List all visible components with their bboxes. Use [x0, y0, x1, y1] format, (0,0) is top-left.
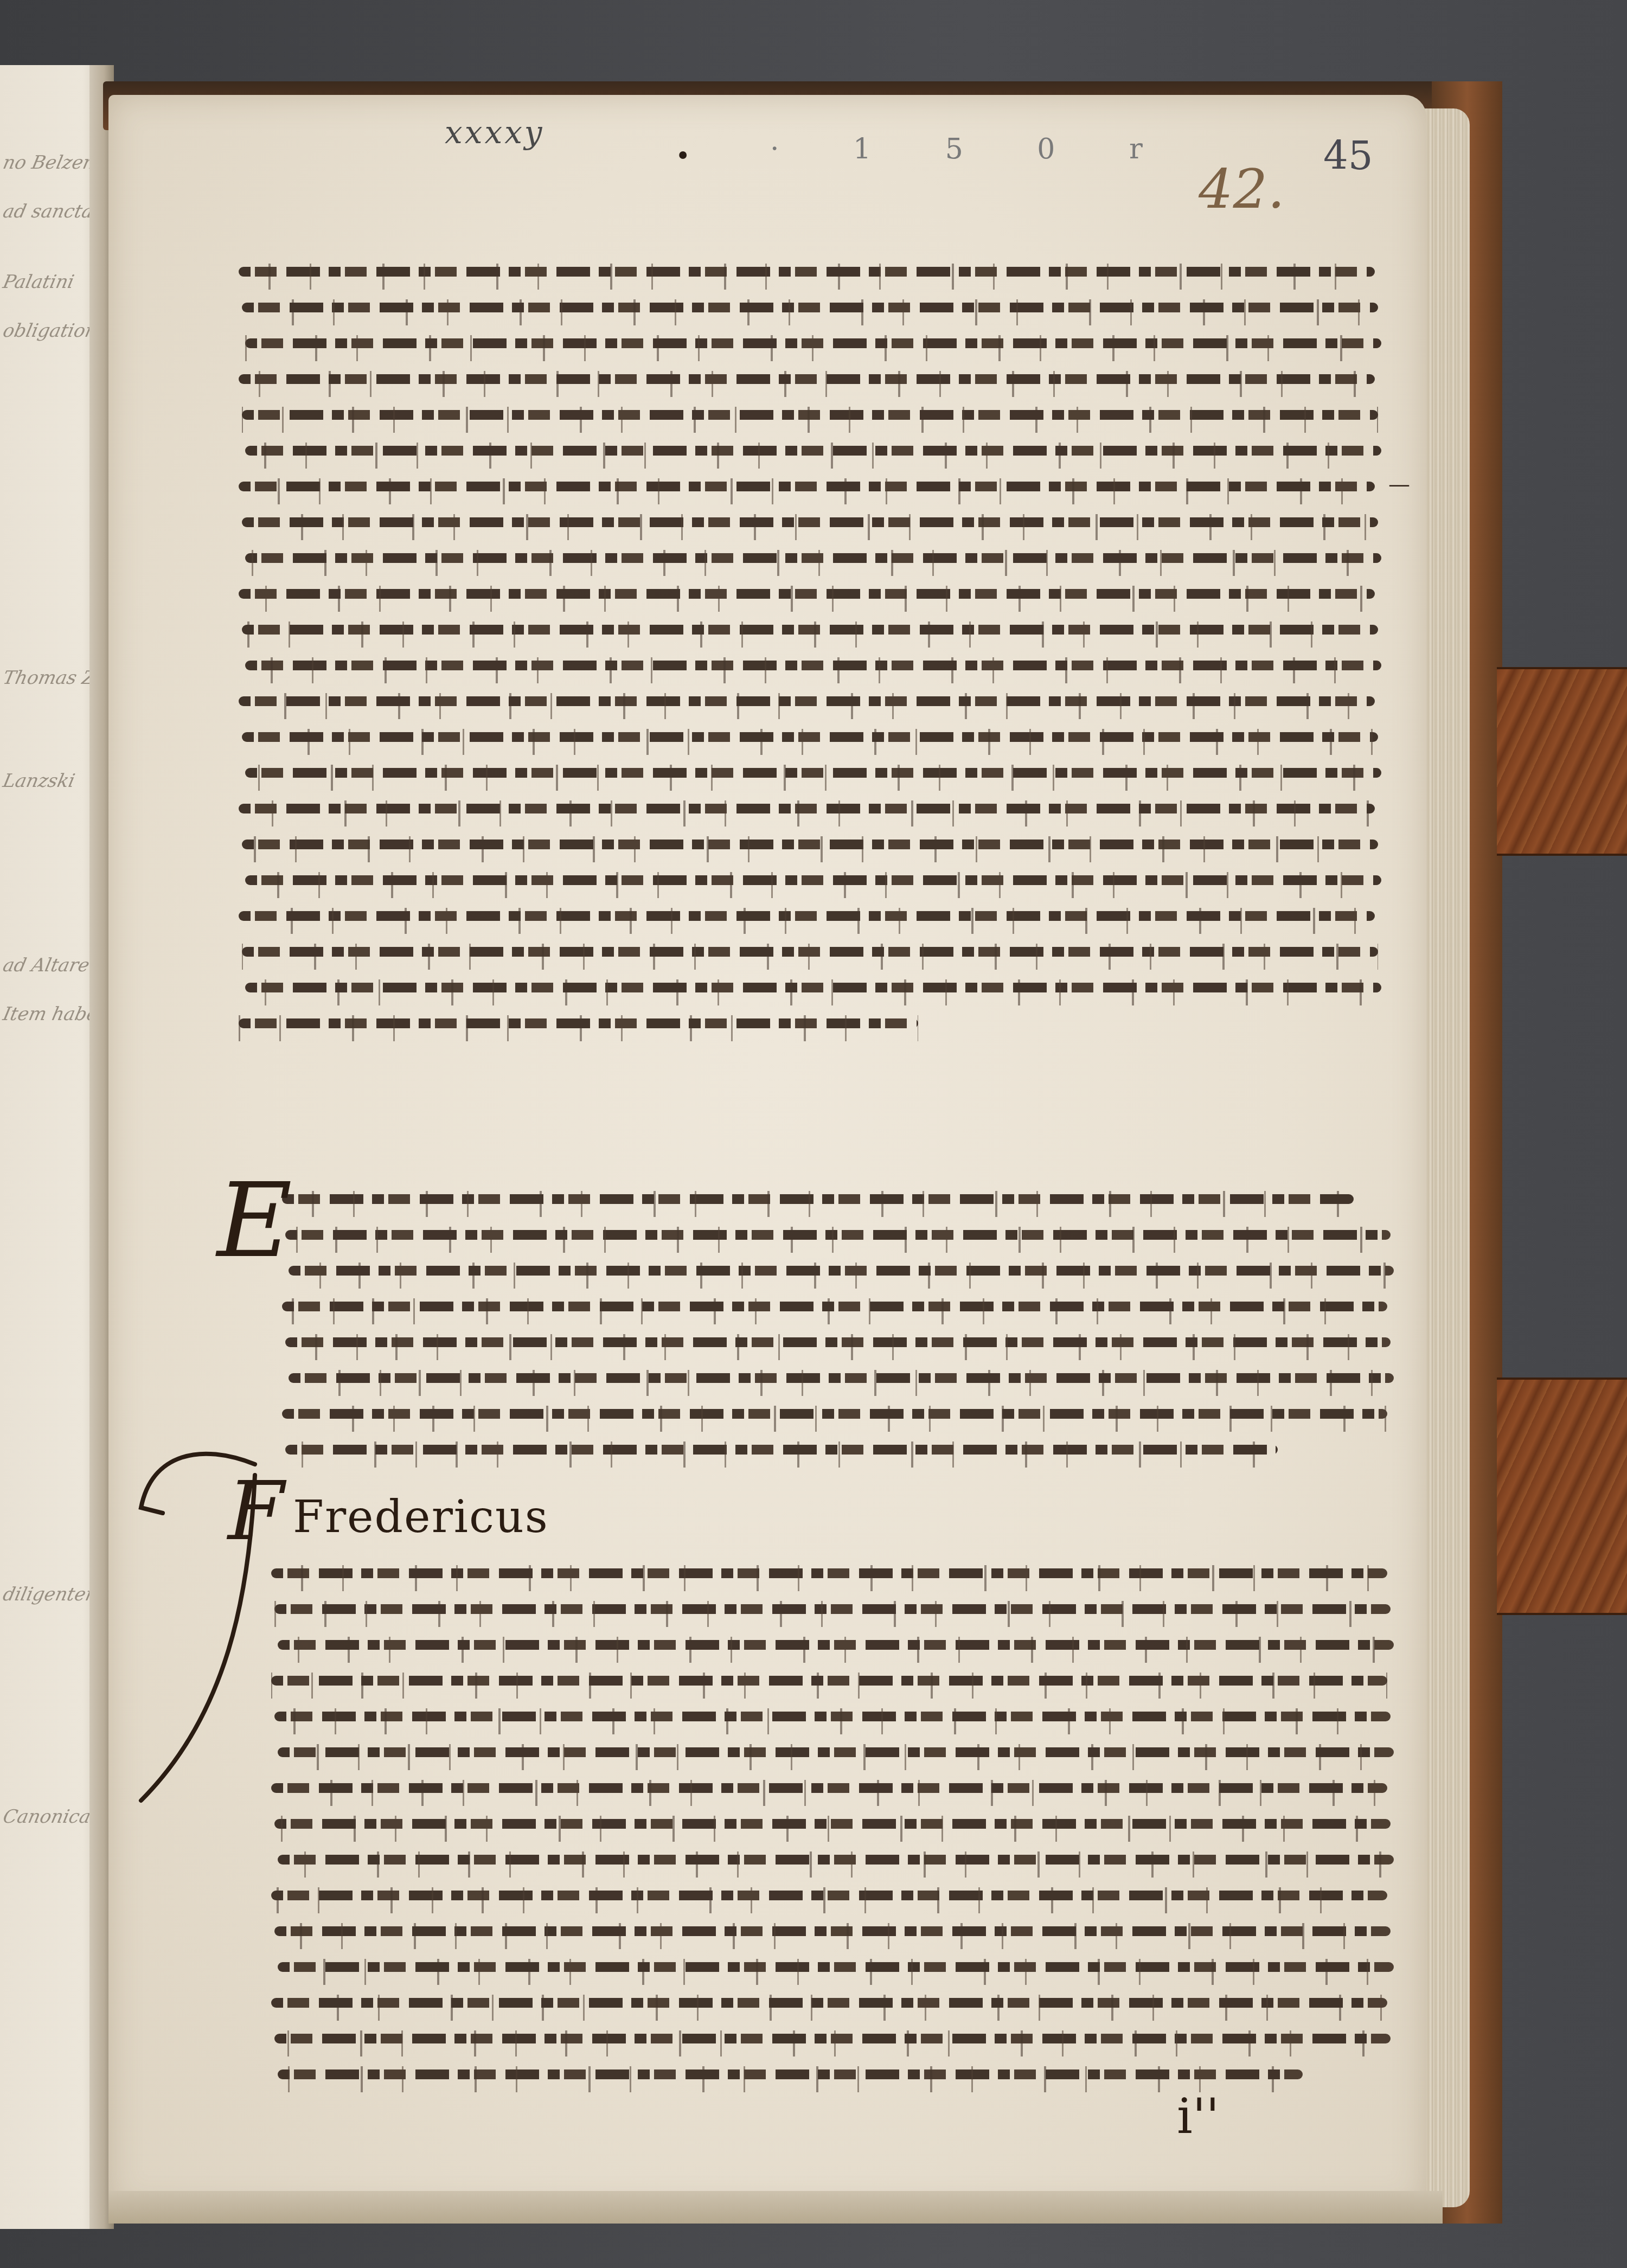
script-line [239, 505, 1410, 541]
script-line [239, 792, 1410, 828]
script-line [271, 1986, 1410, 2022]
script-line [271, 1664, 1410, 1700]
margin-note: Lanzski [1, 770, 77, 792]
text-entry-3 [271, 1556, 1410, 2093]
script-line [282, 1397, 1410, 1433]
folio-number-pencil: 45 [1323, 133, 1373, 178]
folio-number-ink: 42. [1199, 157, 1285, 221]
script-line [239, 541, 1410, 577]
script-line [239, 684, 1410, 720]
script-line [271, 1700, 1410, 1735]
script-line [239, 756, 1410, 792]
text-entry-2 [282, 1182, 1410, 1469]
script-line [239, 255, 1410, 291]
script-line [239, 720, 1410, 756]
decorated-initial-f: F [228, 1464, 284, 1559]
header-ink-mark: • [675, 141, 690, 171]
script-line [282, 1290, 1410, 1325]
script-line [239, 398, 1410, 434]
script-line [282, 1218, 1410, 1254]
margin-note: ad sanctam katherinam [1, 201, 103, 222]
script-line [239, 362, 1410, 398]
margin-note: obligationis [1, 320, 103, 342]
script-line [271, 1950, 1410, 1986]
script-line [271, 1879, 1410, 1914]
script-line [239, 613, 1410, 649]
script-line [239, 326, 1410, 362]
script-line [271, 1914, 1410, 1950]
margin-note: Item habet [1, 1003, 103, 1025]
script-line [271, 1556, 1410, 1592]
margin-note: Canonicatum [1, 1806, 103, 1828]
script-line [239, 899, 1410, 935]
bottom-catchmark: i'' [1177, 2088, 1219, 2145]
script-line [271, 1771, 1410, 1807]
script-line [271, 1735, 1410, 1771]
script-line [282, 1325, 1410, 1361]
script-line [271, 2022, 1410, 2058]
script-line [271, 1807, 1410, 1843]
script-line [239, 434, 1410, 470]
margin-note: diligenter [1, 1584, 97, 1605]
script-line [271, 2058, 1410, 2093]
script-line [282, 1433, 1410, 1469]
margin-note: Thomas Zaym [1, 667, 103, 689]
line-end-dash: — [1388, 472, 1410, 497]
script-line [239, 1007, 1410, 1042]
tally-marks: xxxxy [445, 114, 545, 151]
script-line [282, 1361, 1410, 1397]
script-line [282, 1182, 1410, 1218]
script-line [239, 649, 1410, 684]
script-line [239, 863, 1410, 899]
script-line [239, 470, 1410, 505]
script-line [271, 1592, 1410, 1628]
margin-note: no Belzen [1, 152, 98, 174]
script-line [239, 828, 1410, 863]
facing-page-fragment: no Belzen ad sanctam katherinam Palatini… [0, 65, 103, 2229]
margin-note: ad Altare [1, 954, 92, 976]
script-line [239, 291, 1410, 326]
decorated-initial-e: E [217, 1161, 292, 1280]
script-line [239, 971, 1410, 1007]
header-center-marks: · 1 5 0 r [770, 133, 1175, 165]
script-line [282, 1254, 1410, 1290]
script-line [271, 1628, 1410, 1664]
script-line [239, 577, 1410, 613]
script-line [271, 1843, 1410, 1879]
leather-strap-lower [1497, 1378, 1627, 1615]
script-line [239, 935, 1410, 971]
page-bottom-edge [108, 2191, 1443, 2224]
first-word-fredericus: Fredericus [293, 1491, 549, 1543]
text-entry-1 [239, 255, 1410, 1042]
margin-note: Palatini [1, 271, 76, 293]
leather-strap-upper [1497, 667, 1627, 856]
